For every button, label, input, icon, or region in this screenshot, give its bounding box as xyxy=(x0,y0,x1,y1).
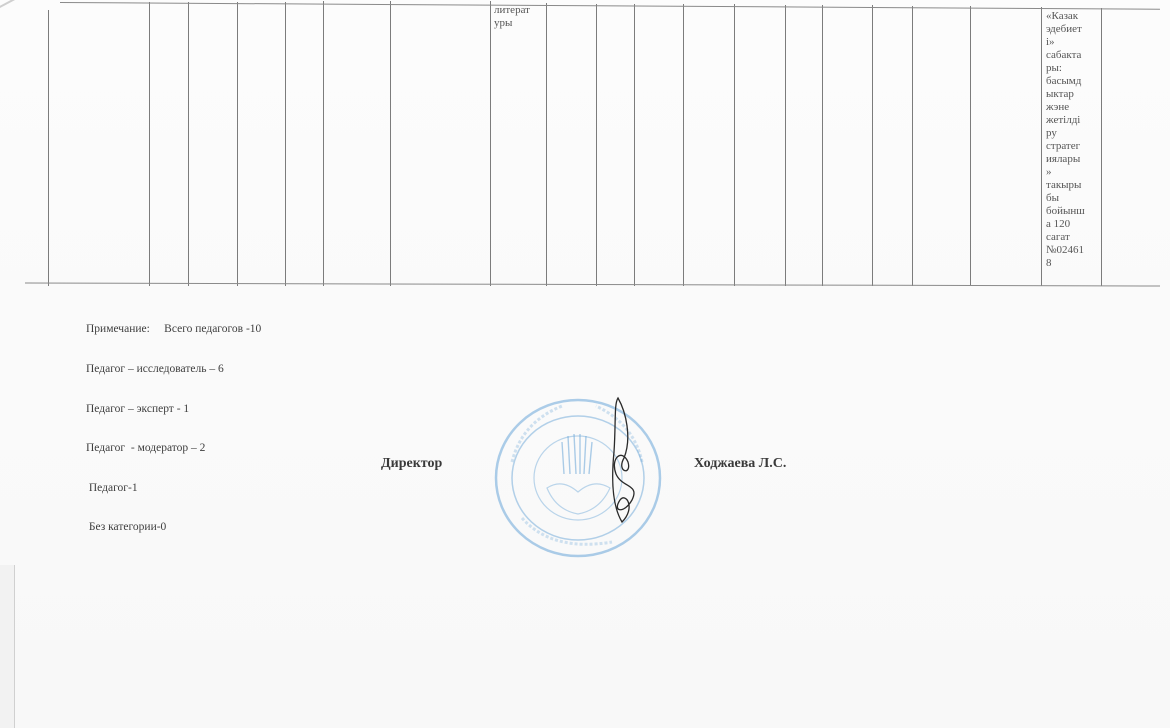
official-stamp-icon xyxy=(492,392,664,558)
table-column-border xyxy=(323,1,324,286)
director-name: Ходжаева Л.С. xyxy=(694,456,786,472)
table-bottom-border xyxy=(25,283,1160,287)
table-column-border xyxy=(822,5,823,286)
table-column-border xyxy=(1041,7,1042,286)
table-column-border xyxy=(785,5,786,286)
table-column-border xyxy=(490,1,491,286)
table-column-border xyxy=(683,4,684,286)
table-column-border xyxy=(237,2,238,286)
note-line: Педагог-1 xyxy=(86,482,261,495)
table-column-border xyxy=(734,4,735,286)
staff-table xyxy=(0,0,1170,300)
note-line: Педагог – эксперт - 1 xyxy=(86,403,261,416)
table-column-border xyxy=(970,6,971,286)
note-line: Педагог - модератор – 2 xyxy=(86,442,261,455)
table-cell-course-info: «Казак эдебиет і» сабакта ры: басымд ыкт… xyxy=(1046,10,1100,270)
table-column-border xyxy=(596,4,597,286)
note-line: Без категории-0 xyxy=(86,521,261,534)
director-role-label: Директор xyxy=(381,456,442,472)
page-edge-shadow xyxy=(0,565,15,728)
note-line: Примечание: Всего педагогов -10 xyxy=(86,323,261,336)
table-column-border xyxy=(1101,8,1102,286)
table-top-border xyxy=(60,2,1160,10)
signature-scribble xyxy=(613,398,634,522)
table-cell-literature: литерат уры xyxy=(494,4,544,30)
table-column-border xyxy=(546,3,547,286)
note-line: Педагог – исследователь – 6 xyxy=(86,363,261,376)
table-column-border xyxy=(912,6,913,286)
table-column-border xyxy=(872,5,873,286)
table-column-border xyxy=(149,2,150,286)
table-column-border xyxy=(188,2,189,286)
table-column-border xyxy=(634,4,635,286)
staff-summary-note: Примечание: Всего педагогов -10 Педагог … xyxy=(86,297,261,561)
table-column-border xyxy=(390,1,391,286)
scanned-document-page: литерат уры «Казак эдебиет і» сабакта ры… xyxy=(0,0,1170,728)
table-column-border xyxy=(48,10,49,286)
table-column-border xyxy=(285,2,286,286)
